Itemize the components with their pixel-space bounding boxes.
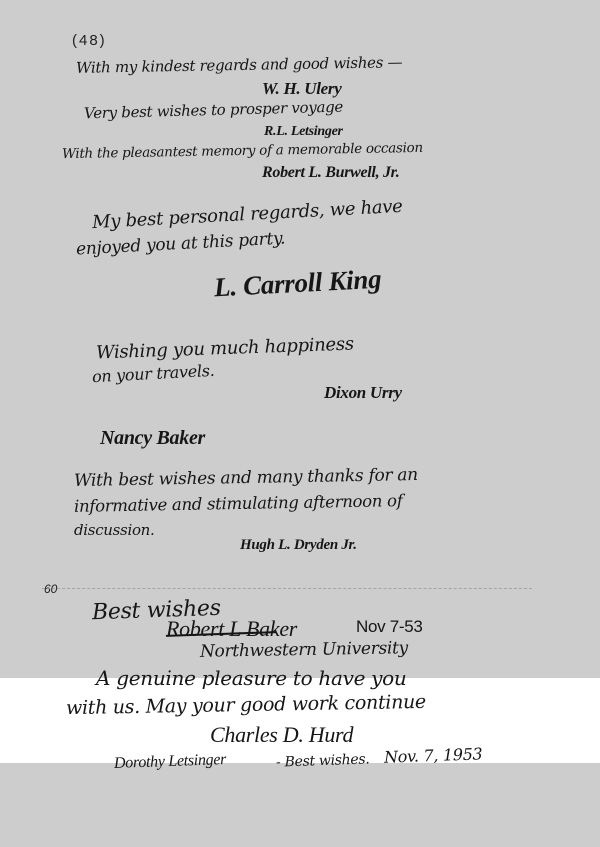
entry-date: Nov 7-53 — [356, 618, 423, 635]
page-number-top: (48) — [72, 33, 107, 48]
entry-signature: Nancy Baker — [100, 428, 205, 448]
entry-signature: Dorothy Letsinger — [114, 752, 227, 772]
entry-date: Nov. 7, 1953 — [384, 746, 483, 765]
section-divider — [42, 588, 532, 589]
entry-message-line: My best personal regards, we have — [92, 198, 403, 232]
entry-signature: W. H. Ulery — [262, 80, 341, 97]
entry-signature: Dixon Urry — [324, 384, 402, 401]
entry-signature: Hugh L. Dryden Jr. — [240, 538, 357, 553]
highlight-band — [0, 678, 600, 763]
entry-message: With my kindest regards and good wishes … — [76, 55, 402, 76]
entry-signature: R.L. Letsinger — [264, 125, 343, 139]
entry-signature: L. Carroll King — [213, 266, 381, 302]
entry-message-line: Wishing you much happiness — [96, 336, 354, 363]
entry-message-line: informative and stimulating afternoon of — [74, 493, 403, 515]
entry-affiliation: Northwestern University — [200, 640, 408, 661]
entry-message: With the pleasantest memory of a memorab… — [62, 142, 423, 162]
autograph-page: (48) With my kindest regards and good wi… — [0, 0, 600, 847]
page-number-bottom: 60 — [44, 583, 57, 595]
entry-message-line: With best wishes and many thanks for an — [74, 467, 418, 490]
entry-signature: Charles D. Hurd — [210, 724, 353, 746]
entry-message-line: enjoyed you at this party. — [76, 231, 286, 259]
entry-message-line: discussion. — [74, 523, 155, 538]
entry-message: Very best wishes to prosper voyage — [84, 100, 343, 122]
entry-message-line: on your travels. — [92, 363, 215, 385]
entry-message: - Best wishes. — [276, 752, 370, 769]
entry-signature: Robert L Baker — [166, 618, 297, 640]
entry-message-line: A genuine pleasure to have you — [96, 668, 406, 688]
entry-signature: Robert L. Burwell, Jr. — [262, 165, 399, 181]
